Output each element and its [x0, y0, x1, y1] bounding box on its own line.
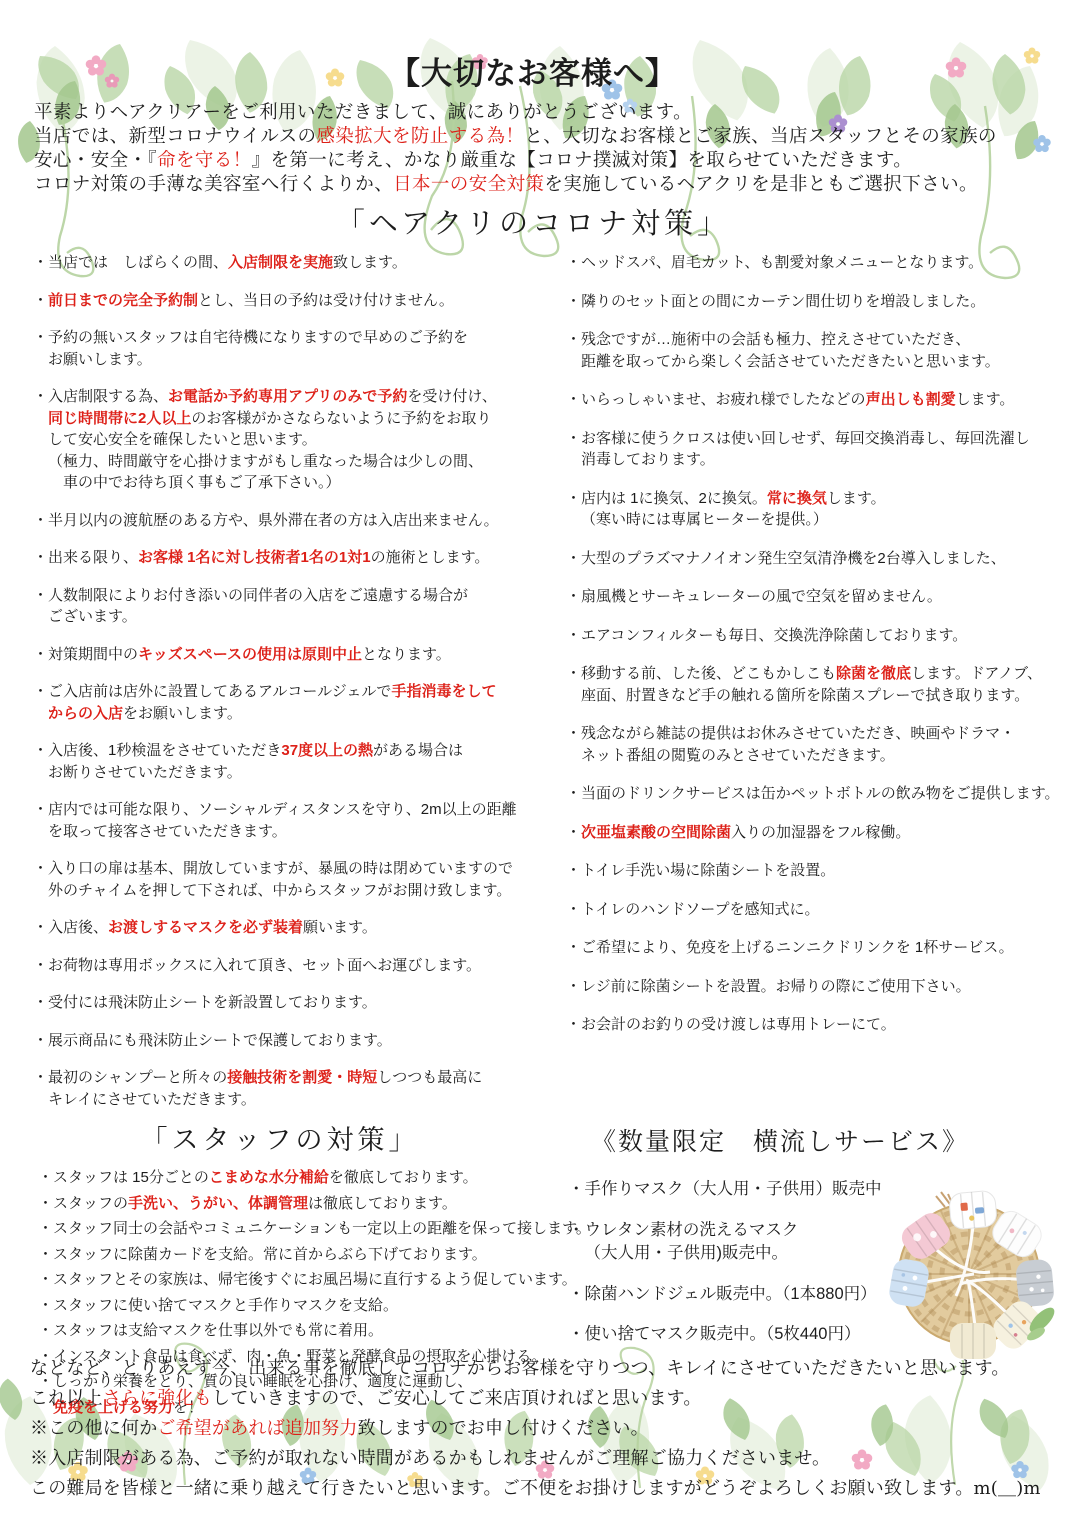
list-item: ・手作りマスク（大人用・子供用）販売中。: [568, 1178, 898, 1202]
list-item: ・スタッフの手洗い、うがい、体調管理は徹底しております。: [38, 1191, 598, 1217]
highlighted-text: キッズスペースの使用は原則中止: [138, 646, 362, 663]
highlighted-text: 手洗い、うがい、体調管理: [128, 1195, 308, 1212]
list-item: コロナ対策の手薄な美容室へ行くよりか、日本一の安全対策を実施しているヘアクリを是…: [34, 173, 1044, 197]
list-item: ・店内では可能な限り、ソーシャルディスタンスを守り、2m以上の距離を取って接客さ…: [33, 799, 538, 842]
highlighted-text: 感染拡大を防止する為！: [316, 126, 524, 147]
section-title-service: 《数量限定 横流しサービス》: [560, 1122, 1000, 1158]
list-item: ・店内は 1に換気、2に換気。常に換気します。（寒い時には専属ヒーターを提供。）: [566, 488, 1043, 531]
highlighted-text: 手指消毒をして: [391, 683, 496, 700]
list-item: ・除菌ハンドジェル販売中。（1本880円）: [568, 1283, 898, 1307]
list-item: ・使い捨てマスク販売中。（5枚440円）: [568, 1323, 898, 1347]
list-item: ・ご入店前は店外に設置してあるアルコールジェルで手指消毒をしてからの入店をお願い…: [33, 681, 538, 724]
notice-page: 【大切なお客様へ】 平素よりヘアクリアーをご利用いただきまして、誠にありがとうご…: [0, 0, 1066, 1536]
list-item: などなど、とりあえず今、出来る事を徹底してコロナからお客様を守りつつ、キレイにさ…: [30, 1354, 1046, 1384]
list-item: ・ご希望により、免疫を上げるニンニクドリンクを 1杯サービス。: [566, 937, 1043, 959]
list-item: ・レジ前に除菌シートを設置。お帰りの際にご使用下さい。: [566, 976, 1043, 998]
highlighted-text: お客様 1名に対し技術者1名の1対1: [138, 549, 371, 566]
list-item: ・当店では しばらくの間、入店制限を実施致します。: [33, 252, 538, 274]
list-item: ・大型のプラズマナノイオン発生空気清浄機を2台導入しました、: [566, 548, 1043, 570]
highlighted-text: 常に換気: [767, 490, 827, 507]
footer-paragraph: などなど、とりあえず今、出来る事を徹底してコロナからお客様を守りつつ、キレイにさ…: [30, 1354, 1046, 1504]
list-item: ・入店後、お渡しするマスクを必ず装着願います。: [33, 917, 538, 939]
list-item: ・いらっしゃいませ、お疲れ様でしたなどの声出しも割愛します。: [566, 389, 1043, 411]
list-item: ・展示商品にも飛沫防止シートで保護しております。: [33, 1030, 538, 1052]
highlighted-text: お渡しするマスクを必ず装着: [108, 919, 303, 936]
section-title-staff: 「スタッフの対策」: [60, 1118, 500, 1157]
highlighted-text: からの入店: [48, 705, 123, 722]
highlighted-text: 命を守る！: [157, 150, 252, 171]
list-item: ・お会計のお釣りの受け渡しは専用トレーにて。: [566, 1014, 1043, 1036]
list-item: ・入店後、1秒検温をさせていただき37度以上の熱がある場合はお断りさせていただき…: [33, 740, 538, 783]
list-item: ・対策期間中のキッズスペースの使用は原則中止となります。: [33, 644, 538, 666]
list-item: ・前日までの完全予約制とし、当日の予約は受け付けません。: [33, 290, 538, 312]
list-item: ※この他に何かご希望があれば追加努力致しますのでお申し付けください。: [30, 1414, 1046, 1444]
list-item: ・トイレのハンドソープを感知式に。: [566, 899, 1043, 921]
list-item: ・エアコンフィルターも毎日、交換洗浄除菌しております。: [566, 625, 1043, 647]
highlighted-text: 除菌を徹底: [836, 665, 911, 682]
highlighted-text: 日本一の安全対策: [393, 174, 544, 195]
list-item: この難局を皆様と一緒に乗り越えて行きたいと思います。ご不便をお掛けしますがどうぞ…: [30, 1474, 1046, 1504]
list-item: ・スタッフとその家族は、帰宅後すぐにお風呂場に直行するよう促しています。: [38, 1267, 598, 1293]
list-item: ・ヘッドスパ、眉毛カット、も割愛対象メニューとなります。: [566, 252, 1043, 274]
list-item: ・お客様に使うクロスは使い回しせず、毎回交換消毒し、毎回洗濯し消毒しております。: [566, 428, 1043, 471]
list-item: これ以上さらに強化もしていきますので、ご安心してご来店頂ければと思います。: [30, 1384, 1046, 1414]
list-item: ・入店制限する為、お電話か予約専用アプリのみで予約を受け付け、同じ時間帯に2人以…: [33, 386, 538, 494]
list-item: ・次亜塩素酸の空間除菌入りの加湿器をフル稼働。: [566, 822, 1043, 844]
intro-paragraph: 平素よりヘアクリアーをご利用いただきまして、誠にありがとうございます。当店では、…: [34, 101, 1044, 197]
list-item: ・人数制限によりお付き添いの同伴者の入店をご遠慮する場合がございます。: [33, 585, 538, 628]
section-title-corona: 「ヘアクリのコロナ対策」: [0, 201, 1066, 242]
highlighted-text: 接触技術を割愛・時短: [227, 1069, 377, 1086]
corona-left-list: ・当店では しばらくの間、入店制限を実施致します。・前日までの完全予約制とし、当…: [33, 252, 538, 1126]
list-item: ・半月以内の渡航歴のある方や、県外滞在者の方は入店出来ません。: [33, 510, 538, 532]
list-item: ・スタッフに除菌カードを支給。常に首からぶら下げております。: [38, 1242, 598, 1268]
list-item: ・スタッフ同士の会話やコミュニケーションも一定以上の距離を保って接します。: [38, 1216, 598, 1242]
highlighted-text: 入店制限を実施: [228, 254, 333, 271]
list-item: ※入店制限がある為、ご予約が取れない時間があるかもしれませんがご理解ご協力くださ…: [30, 1444, 1046, 1474]
list-item: ・トイレ手洗い場に除菌シートを設置。: [566, 860, 1043, 882]
highlighted-text: ご希望があれば追加努力: [157, 1418, 357, 1439]
highlighted-text: 37度以上の熱: [281, 742, 373, 759]
highlighted-text: さらに強化も: [103, 1388, 212, 1409]
highlighted-text: 同じ時間帯に2人以上: [48, 410, 191, 427]
list-item: ・受付には飛沫防止シートを新設置しております。: [33, 992, 538, 1014]
list-item: ・扇風機とサーキュレーターの風で空気を留めません。: [566, 586, 1043, 608]
highlighted-text: 声出しも割愛: [866, 391, 956, 408]
list-item: 安心・安全・『命を守る！』を第一に考え、かなり厳重な【コロナ撲滅対策】を取らせて…: [34, 149, 1044, 173]
list-item: ・スタッフは支給マスクを仕事以外でも常に着用。: [38, 1318, 598, 1344]
highlighted-text: こまめな水分補給: [209, 1169, 329, 1186]
list-item: ・予約の無いスタッフは自宅待機になりますので早めのご予約をお願いします。: [33, 327, 538, 370]
list-item: ・スタッフは 15分ごとのこまめな水分補給を徹底しております。: [38, 1165, 598, 1191]
page-title: 【大切なお客様へ】: [0, 48, 1066, 93]
list-item: ・残念ですが…施術中の会話も極力、控えさせていただき、距離を取ってから楽しく会話…: [566, 329, 1043, 372]
corona-right-list: ・ヘッドスパ、眉毛カット、も割愛対象メニューとなります。・隣りのセット面との間に…: [566, 252, 1043, 1126]
list-item: ・スタッフに使い捨てマスクと手作りマスクを支給。: [38, 1293, 598, 1319]
list-item: ・移動する前、した後、どこもかしこも除菌を徹底します。ドアノブ、座面、肘置きなど…: [566, 663, 1043, 706]
list-item: 平素よりヘアクリアーをご利用いただきまして、誠にありがとうございます。: [34, 101, 1044, 125]
list-item: ・ウレタン素材の洗えるマスク（大人用・子供用)販売中。: [568, 1219, 898, 1266]
list-item: ・隣りのセット面との間にカーテン間仕切りを増設しました。: [566, 291, 1043, 313]
corona-measures-columns: ・当店では しばらくの間、入店制限を実施致します。・前日までの完全予約制とし、当…: [33, 252, 1043, 1126]
masks-on-woven-plate-photo: [878, 1184, 1060, 1360]
list-item: 当店では、新型コロナウイルスの感染拡大を防止する為！と、大切なお客様とご家族、当…: [34, 125, 1044, 149]
service-items-list: ・手作りマスク（大人用・子供用）販売中。・ウレタン素材の洗えるマスク（大人用・子…: [568, 1178, 898, 1364]
highlighted-text: お電話か予約専用アプリのみで予約: [168, 388, 407, 405]
list-item: ・入り口の扉は基本、開放していますが、暴風の時は閉めていますので外のチャイムを押…: [33, 858, 538, 901]
list-item: ・最初のシャンプーと所々の接触技術を割愛・時短しつつも最高にキレイにさせていただ…: [33, 1067, 538, 1110]
highlighted-text: 次亜塩素酸の空間除菌: [581, 824, 731, 841]
highlighted-text: 前日までの完全予約制: [48, 292, 198, 309]
list-item: ・残念ながら雑誌の提供はお休みさせていただき、映画やドラマ・ネット番組の閲覧のみ…: [566, 723, 1043, 766]
list-item: ・出来る限り、お客様 1名に対し技術者1名の1対1の施術とします。: [33, 547, 538, 569]
list-item: ・当面のドリンクサービスは缶かペットボトルの飲み物をご提供します。: [566, 783, 1043, 805]
list-item: ・お荷物は専用ボックスに入れて頂き、セット面へお運びします。: [33, 955, 538, 977]
